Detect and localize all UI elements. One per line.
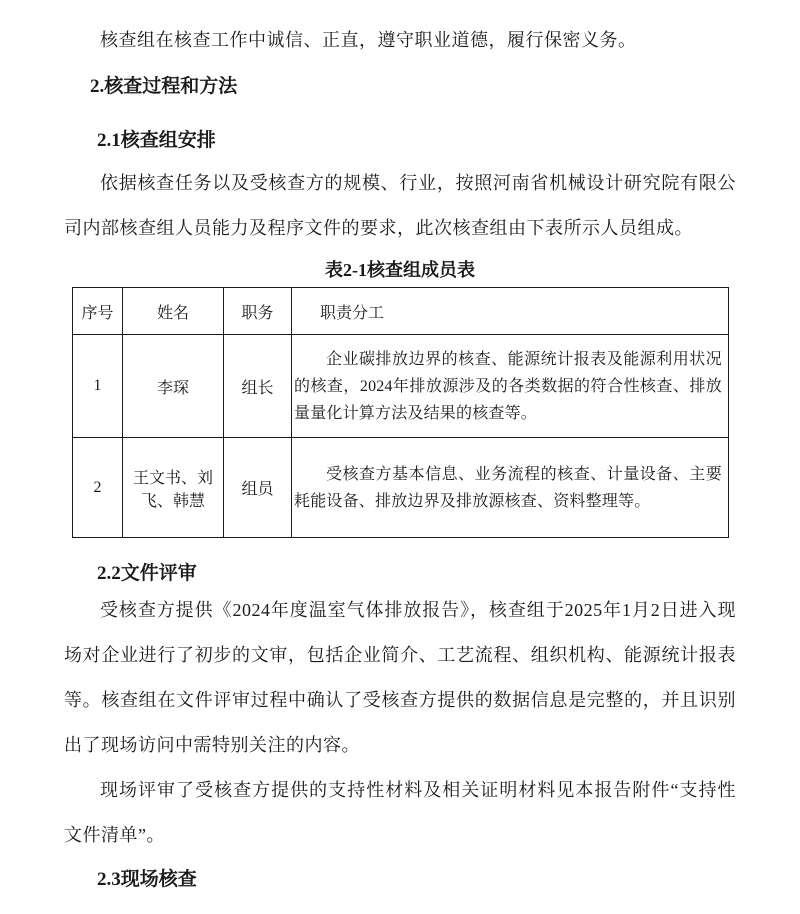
paragraph-team-basis: 依据核查任务以及受核查方的规模、行业，按照河南省机械设计研究院有限公司内部核查组…	[64, 161, 736, 251]
cell-duty: 受核查方基本信息、业务流程的核查、计量设备、主要耗能设备、排放边界及排放源核查、…	[292, 438, 729, 538]
heading-section-2-1: 2.1核查组安排	[97, 127, 736, 155]
paragraph-supporting-materials: 现场评审了受核查方提供的支持性材料及相关证明材料见本报告附件“支持性文件清单”。	[64, 768, 736, 858]
document-page: 核查组在核查工作中诚信、正直，遵守职业道德，履行保密义务。 2.核查过程和方法 …	[0, 0, 800, 914]
header-cell-name: 姓名	[123, 288, 224, 335]
table-caption: 表2-1核查组成员表	[64, 257, 736, 283]
heading-section-2: 2.核查过程和方法	[90, 73, 736, 101]
header-cell-duty: 职责分工	[292, 288, 729, 335]
cell-no: 2	[73, 438, 123, 538]
cell-role: 组长	[224, 335, 292, 438]
cell-no: 1	[73, 335, 123, 438]
heading-section-2-2: 2.2文件评审	[97, 560, 736, 588]
cell-name: 王文书、刘飞、韩慧	[123, 438, 224, 538]
table-row: 2 王文书、刘飞、韩慧 组员 受核查方基本信息、业务流程的核查、计量设备、主要耗…	[73, 438, 729, 538]
heading-section-2-3: 2.3现场核查	[97, 866, 736, 894]
cell-role: 组员	[224, 438, 292, 538]
duty-text: 受核查方基本信息、业务流程的核查、计量设备、主要耗能设备、排放边界及排放源核查、…	[294, 461, 722, 515]
table-header-row: 序号 姓名 职务 职责分工	[73, 288, 729, 335]
header-cell-role: 职务	[224, 288, 292, 335]
cell-name: 李琛	[123, 335, 224, 438]
paragraph-confidentiality: 核查组在核查工作中诚信、正直，遵守职业道德，履行保密义务。	[64, 18, 736, 63]
members-table: 序号 姓名 职务 职责分工 1 李琛 组长 企业碳排放边界的核查、能源统计报表及…	[72, 287, 729, 538]
cell-duty: 企业碳排放边界的核查、能源统计报表及能源利用状况的核查，2024年排放源涉及的各…	[292, 335, 729, 438]
paragraph-document-review: 受核查方提供《2024年度温室气体排放报告》，核查组于2025年1月2日进入现场…	[64, 588, 736, 768]
table-row: 1 李琛 组长 企业碳排放边界的核查、能源统计报表及能源利用状况的核查，2024…	[73, 335, 729, 438]
header-cell-no: 序号	[73, 288, 123, 335]
duty-text: 企业碳排放边界的核查、能源统计报表及能源利用状况的核查，2024年排放源涉及的各…	[294, 346, 722, 427]
